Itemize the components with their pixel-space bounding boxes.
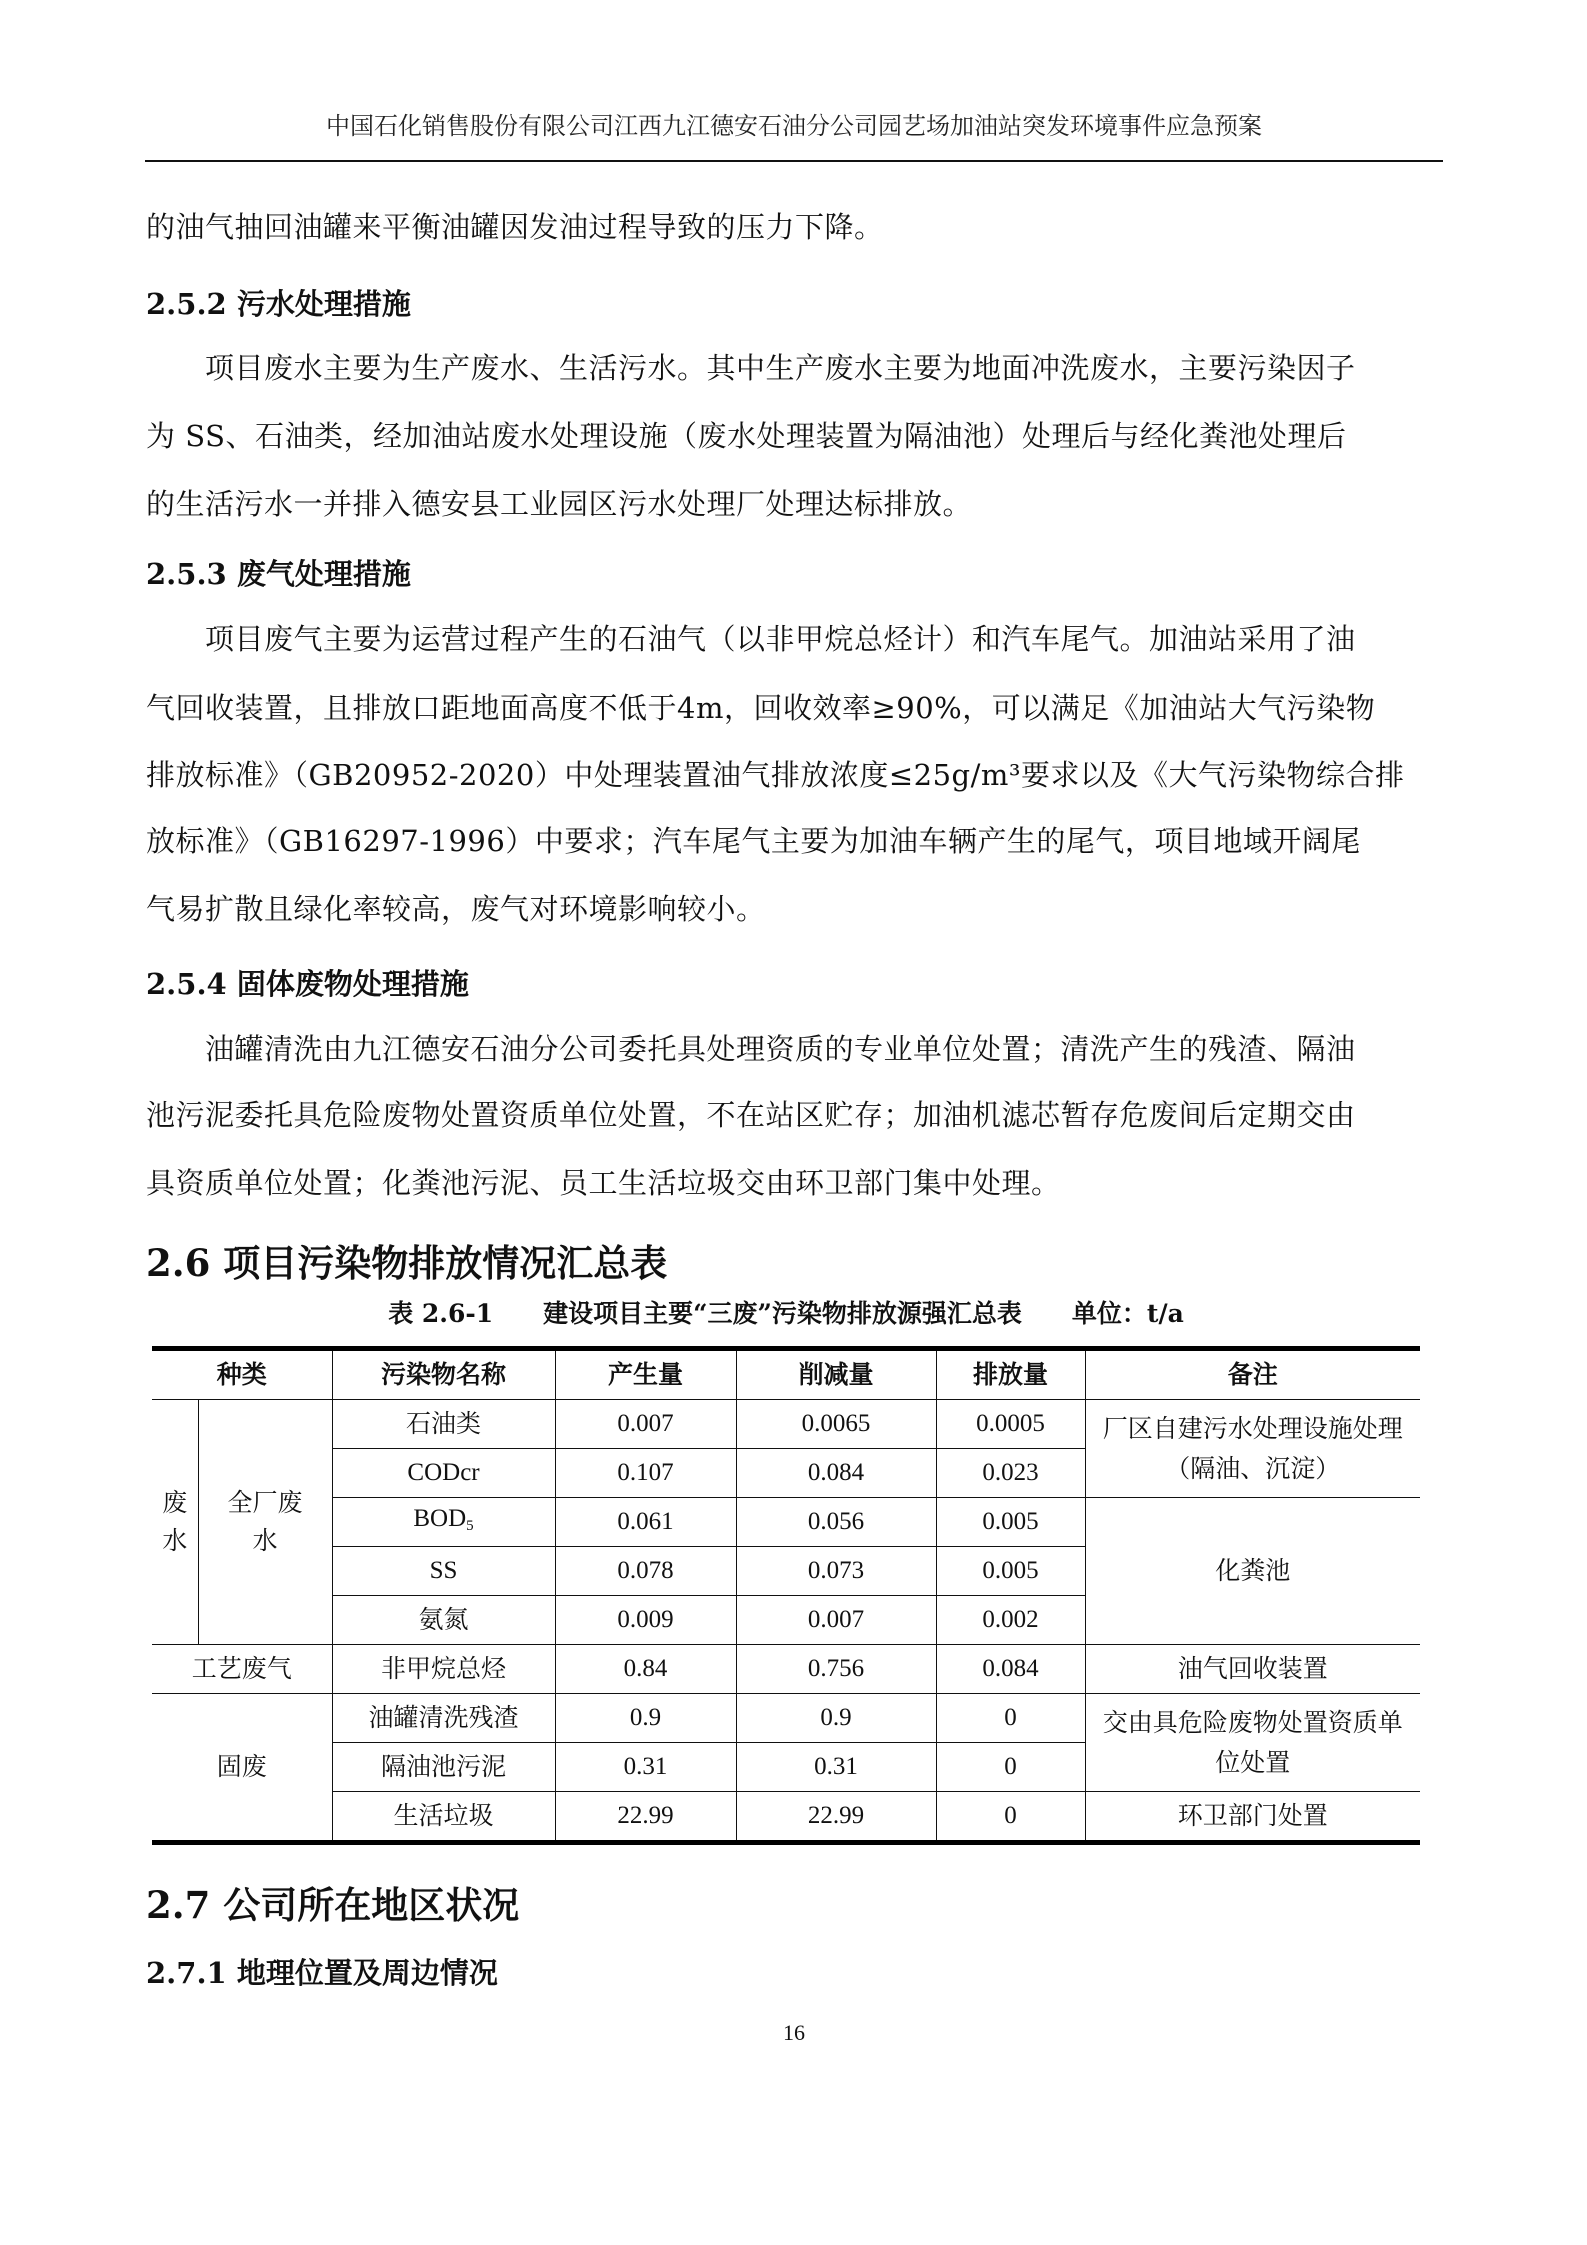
reduced-value: 0.073 [736,1547,936,1596]
header-produced: 产生量 [555,1349,736,1400]
header-pollutant: 污染物名称 [332,1349,555,1400]
table-row: 固废 油罐清洗残渣 0.9 0.9 0 交由具危险废物处置资质单位处置 [152,1694,1420,1743]
header-category: 种类 [152,1349,332,1400]
reduced-value: 0.0065 [736,1400,936,1449]
produced-value: 22.99 [555,1792,736,1843]
pollutant-name-subscript: 5 [466,1518,474,1534]
pollutant-name: 油罐清洗残渣 [332,1694,555,1743]
header-emitted: 排放量 [936,1349,1085,1400]
header-remarks: 备注 [1085,1349,1420,1400]
paragraph-line: 池污泥委托具危险废物处置资质单位处置，不在站区贮存；加油机滤芯暂存危废间后定期交… [146,1095,1446,1135]
heading-2-6: 2.6 项目污染物排放情况汇总表 [146,1238,667,1288]
paragraph-line: 具资质单位处置；化粪池污泥、员工生活垃圾交由环卫部门集中处理。 [146,1163,1446,1203]
paragraph-line: 项目废气主要为运营过程产生的石油气（以非甲烷总烃计）和汽车尾气。加油站采用了油 [146,619,1446,659]
produced-value: 0.107 [555,1449,736,1498]
produced-value: 0.007 [555,1400,736,1449]
reduced-value: 22.99 [736,1792,936,1843]
remark-cell: 厂区自建污水处理设施处理（隔油、沉淀） [1085,1400,1420,1498]
paragraph-line: 为 SS、石油类，经加油站废水处理设施（废水处理装置为隔油池）处理后与经化粪池处… [146,416,1446,456]
header-rule [145,160,1443,162]
remark-cell: 化粪池 [1085,1498,1420,1645]
emitted-value: 0 [936,1743,1085,1792]
heading-2-7: 2.7 公司所在地区状况 [146,1880,519,1930]
page-number: 16 [744,2018,844,2048]
group-wastewater: 废水 [152,1400,198,1645]
pollutant-name: 非甲烷总烃 [332,1645,555,1694]
group-process-gas: 工艺废气 [152,1645,332,1694]
remark-cell: 油气回收装置 [1085,1645,1420,1694]
pollutant-name: 生活垃圾 [332,1792,555,1843]
produced-value: 0.009 [555,1596,736,1645]
emitted-value: 0.002 [936,1596,1085,1645]
reduced-value: 0.9 [736,1694,936,1743]
group-solid-waste: 固废 [152,1694,332,1843]
table-row: 工艺废气 非甲烷总烃 0.84 0.756 0.084 油气回收装置 [152,1645,1420,1694]
emitted-value: 0.005 [936,1547,1085,1596]
paragraph-line: 油罐清洗由九江德安石油分公司委托具处理资质的专业单位处置；清洗产生的残渣、隔油 [146,1029,1446,1069]
table-header-row: 种类 污染物名称 产生量 削减量 排放量 备注 [152,1349,1420,1400]
produced-value: 0.061 [555,1498,736,1547]
heading-2-5-2: 2.5.2 污水处理措施 [146,284,411,324]
reduced-value: 0.31 [736,1743,936,1792]
pollutant-name: 石油类 [332,1400,555,1449]
produced-value: 0.84 [555,1645,736,1694]
table-caption: 表 2.6-1 建设项目主要“三废”污染物排放源强汇总表 单位：t/a [152,1296,1420,1332]
reduced-value: 0.756 [736,1645,936,1694]
emitted-value: 0.0005 [936,1400,1085,1449]
emitted-value: 0 [936,1694,1085,1743]
heading-2-7-1: 2.7.1 地理位置及周边情况 [146,1953,498,1993]
running-header: 中国石化销售股份有限公司江西九江德安石油分公司园艺场加油站突发环境事件应急预案 [145,108,1443,144]
reduced-value: 0.007 [736,1596,936,1645]
reduced-value: 0.084 [736,1449,936,1498]
remark-cell: 环卫部门处置 [1085,1792,1420,1843]
pollutant-name: CODcr [332,1449,555,1498]
pollutant-name-base: BOD [413,1505,466,1532]
paragraph-continuation: 的油气抽回油罐来平衡油罐因发油过程导致的压力下降。 [146,207,1446,247]
pollutant-name: 隔油池污泥 [332,1743,555,1792]
reduced-value: 0.056 [736,1498,936,1547]
paragraph-line: 气易扩散且绿化率较高，废气对环境影响较小。 [146,889,1446,929]
produced-value: 0.31 [555,1743,736,1792]
emitted-value: 0.023 [936,1449,1085,1498]
paragraph-line: 排放标准》（GB20952-2020）中处理装置油气排放浓度≤25g/m³要求以… [146,755,1446,795]
produced-value: 0.9 [555,1694,736,1743]
paragraph-line: 放标准》（GB16297-1996）中要求；汽车尾气主要为加油车辆产生的尾气，项… [146,821,1446,861]
pollutant-name: BOD5 [332,1498,555,1547]
emitted-value: 0 [936,1792,1085,1843]
remark-cell: 交由具危险废物处置资质单位处置 [1085,1694,1420,1792]
table-row: BOD5 0.061 0.056 0.005 化粪池 [152,1498,1420,1547]
paragraph-line: 气回收装置，且排放口距地面高度不低于4m，回收效率≥90%，可以满足《加油站大气… [146,688,1446,728]
produced-value: 0.078 [555,1547,736,1596]
group-wastewater-sub: 全厂废水 [198,1400,332,1645]
emission-summary-table: 种类 污染物名称 产生量 削减量 排放量 备注 废水 全厂废水 石油类 0.00… [152,1346,1420,1845]
header-reduced: 削减量 [736,1349,936,1400]
paragraph-line: 的生活污水一并排入德安县工业园区污水处理厂处理达标排放。 [146,484,1446,524]
paragraph-line: 项目废水主要为生产废水、生活污水。其中生产废水主要为地面冲洗废水，主要污染因子 [146,348,1446,388]
table-row: 生活垃圾 22.99 22.99 0 环卫部门处置 [152,1792,1420,1843]
emitted-value: 0.005 [936,1498,1085,1547]
table-row: 废水 全厂废水 石油类 0.007 0.0065 0.0005 厂区自建污水处理… [152,1400,1420,1449]
pollutant-name: 氨氮 [332,1596,555,1645]
pollutant-name: SS [332,1547,555,1596]
emitted-value: 0.084 [936,1645,1085,1694]
heading-2-5-3: 2.5.3 废气处理措施 [146,554,411,594]
heading-2-5-4: 2.5.4 固体废物处理措施 [146,964,469,1004]
